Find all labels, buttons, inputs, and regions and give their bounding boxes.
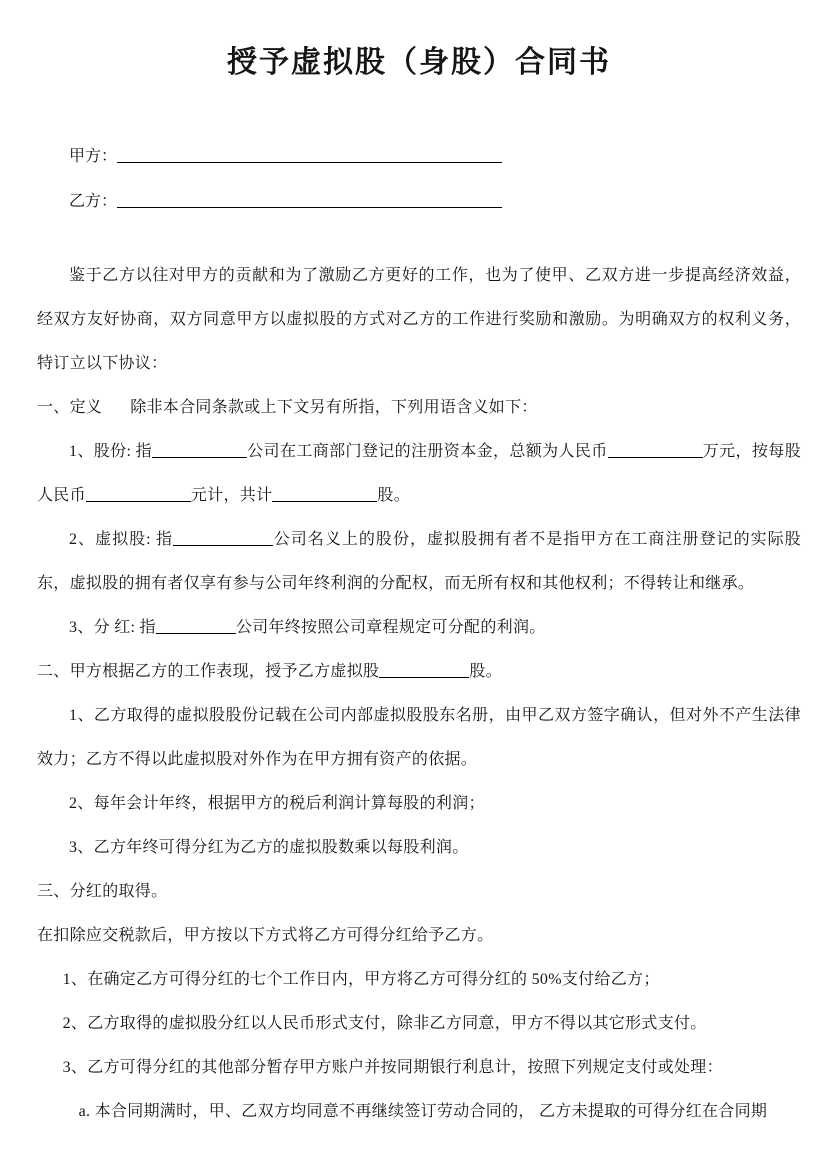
section-3-item-1: 1、在确定乙方可得分红的七个工作日内，甲方将乙方可得分红的 50%支付给乙方；: [37, 958, 801, 1002]
item-text: 3、分 红: 指: [69, 619, 156, 636]
capital-amount-blank: [608, 443, 703, 458]
intro-paragraph: 鉴于乙方以往对甲方的贡献和为了激励乙方更好的工作，也为了使甲、乙双方进一步提高经…: [37, 254, 801, 386]
virtual-share-company-blank: [173, 531, 273, 546]
section-3-heading: 三、分红的取得。: [37, 870, 801, 914]
party-a-line: 甲方：: [37, 134, 801, 179]
section-1-item-2: 2、虚拟股: 指公司名义上的股份，虚拟股拥有者不是指甲方在工商注册登记的实际股东…: [37, 518, 801, 606]
section-2-heading: 二、甲方根据乙方的工作表现，授予乙方虚拟股股。: [37, 650, 801, 694]
per-share-price-blank: [86, 487, 191, 502]
dividend-company-blank: [156, 619, 236, 634]
total-shares-blank: [272, 487, 377, 502]
item-text: 公司年终按照公司章程规定可分配的利润。: [236, 619, 546, 636]
party-a-blank: [117, 148, 502, 163]
section-1-heading-text: 除非本合同条款或上下文另有所指，下列用语含义如下：: [130, 399, 538, 416]
section-3-intro: 在扣除应交税款后，甲方按以下方式将乙方可得分红给予乙方。: [37, 914, 801, 958]
contract-body: 鉴于乙方以往对甲方的贡献和为了激励乙方更好的工作，也为了使甲、乙双方进一步提高经…: [37, 254, 801, 1134]
section-2-item-2: 2、每年会计年终，根据甲方的税后利润计算每股的利润；: [37, 782, 801, 826]
section-1-item-1: 1、股份: 指公司在工商部门登记的注册资本金，总额为人民币万元，按每股人民币元计…: [37, 430, 801, 518]
party-b-label: 乙方：: [69, 193, 117, 210]
party-b-blank: [117, 193, 502, 208]
party-b-line: 乙方：: [37, 179, 801, 224]
item-text: 1、股份: 指: [69, 443, 152, 460]
contract-document-page: 授予虚拟股（身股）合同书 甲方： 乙方： 鉴于乙方以往对甲方的贡献和为了激励乙方…: [0, 0, 827, 1169]
section-2-item-1: 1、乙方取得的虚拟股股份记载在公司内部虚拟股股东名册，由甲乙双方签字确认，但对外…: [37, 694, 801, 782]
section-2-item-3: 3、乙方年终可得分红为乙方的虚拟股数乘以每股利润。: [37, 826, 801, 870]
item-text: 2、虚拟股: 指: [69, 531, 173, 548]
section-1-number: 一、定义: [37, 399, 102, 416]
section-1-heading: 一、定义除非本合同条款或上下文另有所指，下列用语含义如下：: [37, 386, 801, 430]
section-1-item-3: 3、分 红: 指公司年终按照公司章程规定可分配的利润。: [37, 606, 801, 650]
granted-shares-blank: [379, 663, 469, 678]
section-3-item-3a: a. 本合同期满时，甲、乙双方均同意不再继续签订劳动合同的， 乙方未提取的可得分…: [37, 1090, 801, 1134]
section-3-item-3: 3、乙方可得分红的其他部分暂存甲方账户并按同期银行利息计，按照下列规定支付或处理…: [37, 1046, 801, 1090]
document-title: 授予虚拟股（身股）合同书: [37, 44, 801, 82]
item-text: 股。: [377, 487, 410, 504]
parties-block: 甲方： 乙方：: [37, 134, 801, 224]
item-text: 二、甲方根据乙方的工作表现，授予乙方虚拟股: [37, 663, 379, 680]
item-text: 元计，共计: [191, 487, 273, 504]
item-text: 股。: [469, 663, 502, 680]
party-a-label: 甲方：: [69, 148, 117, 165]
company-name-blank: [152, 443, 247, 458]
section-3-item-2: 2、乙方取得的虚拟股分红以人民币形式支付，除非乙方同意，甲方不得以其它形式支付。: [37, 1002, 801, 1046]
item-text: 公司在工商部门登记的注册资本金，总额为人民币: [247, 443, 608, 460]
